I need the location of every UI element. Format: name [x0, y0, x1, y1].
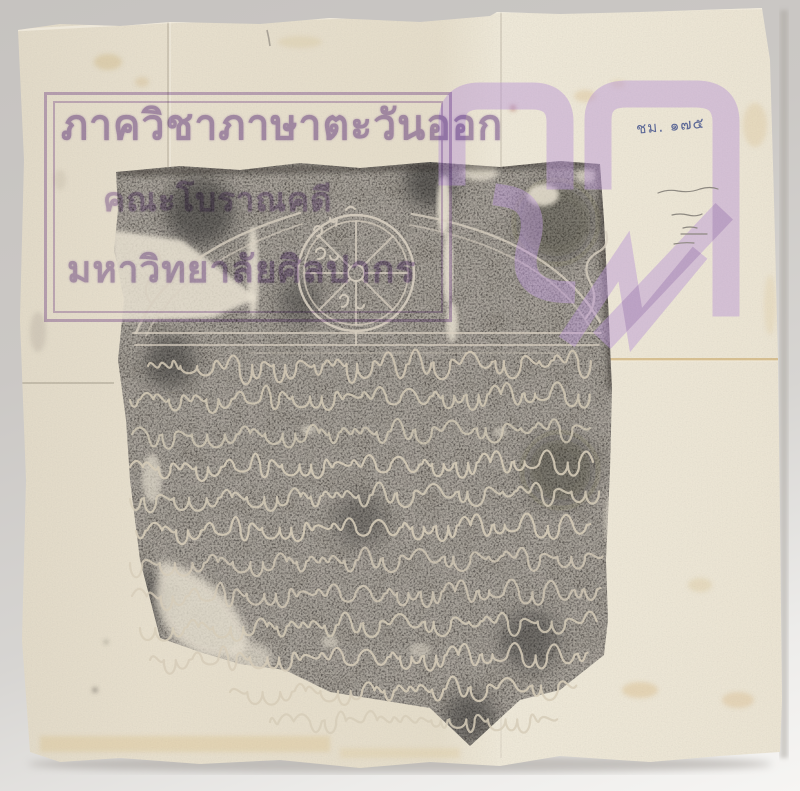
photo-scene: ภาควิชาภาษาตะวันออก คณะโบราณคดี มหาวิทยา… [0, 0, 800, 791]
